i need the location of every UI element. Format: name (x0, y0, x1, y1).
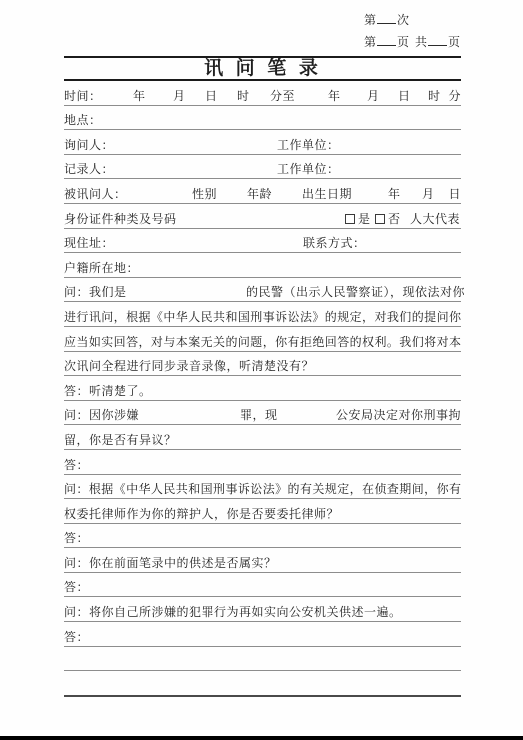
recorder-unit-label: 工作单位： (277, 163, 340, 175)
row-q2-line1: 问：因你涉嫌 罪，现 公安局决定对你刑事拘 (64, 401, 461, 426)
page-counter: 第次 第页共页 (364, 9, 460, 53)
deputy-yes-option: 是 (345, 213, 371, 225)
row-q1-line3: 应当如实回答，对与本案无关的问题，你有拒绝回答的权利。我们将对本 (64, 327, 461, 352)
year1-label: 年 (133, 90, 146, 102)
title-text: 讯 问 笔 录 (204, 57, 321, 79)
household-label: 户籍所在地： (64, 262, 139, 274)
document-title: 讯 问 笔 录 (64, 56, 461, 81)
seq-blank-line (377, 20, 396, 24)
time-label: 时间： (64, 90, 102, 102)
page-suffix: 页 (448, 35, 460, 49)
q1-continuation: 的民警（出示人民警察证），现依法对你 (246, 286, 465, 298)
seq-prefix: 第 (364, 13, 376, 27)
q3-line2-text: 权委托律师作为你的辩护人，你是否要委托律师？ (64, 508, 339, 520)
row-blank-2-closing (64, 671, 461, 697)
a2-text: 答： (64, 459, 89, 471)
deputy-no-option: 否 (375, 213, 401, 225)
yes-label: 是 (358, 212, 371, 226)
q1-line3-text: 应当如实回答，对与本案无关的问题，你有拒绝回答的权利。我们将对本 (64, 336, 461, 348)
interrogator-label: 询问人： (64, 139, 114, 151)
q3-line1-text: 问：根据《中华人民共和国刑事诉讼法》的有关规定，在侦查期间，你有 (64, 483, 461, 495)
minute2-label: 分 (448, 90, 461, 102)
row-blank-1 (64, 647, 461, 672)
row-a4: 答： (64, 573, 461, 598)
dob-day-label: 日 (448, 188, 461, 200)
a5-text: 答： (64, 631, 89, 643)
day1-label: 日 (205, 90, 218, 102)
row-q1-line1: 问：我们是 的民警（出示人民警察证），现依法对你 (64, 278, 461, 303)
row-q1-line4: 次讯问全程进行同步录音录像，听清楚没有？ (64, 352, 461, 377)
year2-label: 年 (328, 90, 341, 102)
q2-crime-suffix: 罪，现 (240, 409, 278, 421)
dob-year-label: 年 (388, 188, 401, 200)
page-conj: 共 (415, 35, 427, 49)
page-count-line: 第页共页 (364, 31, 460, 53)
deputy-label: 人大代表 (410, 213, 460, 225)
a4-text: 答： (64, 581, 89, 593)
dob-label: 出生日期 (302, 188, 352, 200)
total-blank-line (428, 42, 447, 46)
hour2-label: 时 (428, 90, 441, 102)
a1-text: 答：听清楚了。 (64, 385, 152, 397)
seq-suffix: 次 (397, 13, 409, 27)
yes-checkbox[interactable] (345, 214, 355, 224)
screenshot-bottom-edge (0, 736, 523, 740)
q2-prefix: 问：因你涉嫌 (64, 409, 139, 421)
row-recorder: 记录人： 工作单位： (64, 155, 461, 180)
row-a2: 答： (64, 450, 461, 475)
place-label: 地点： (64, 114, 102, 126)
row-household: 户籍所在地： (64, 253, 461, 278)
idcard-label: 身份证件种类及号码 (64, 213, 177, 225)
suspect-label: 被讯问人： (64, 188, 127, 200)
q1-line4-text: 次讯问全程进行同步录音录像，听清楚没有？ (64, 360, 314, 372)
row-a5: 答： (64, 622, 461, 647)
recorder-label: 记录人： (64, 163, 114, 175)
q1-prefix: 问：我们是 (64, 286, 127, 298)
page-blank-line (377, 42, 396, 46)
q5-text: 问：将你自己所涉嫌的犯罪行为再如实向公安机关供述一遍。 (64, 606, 402, 618)
no-checkbox[interactable] (375, 214, 385, 224)
gender-label: 性别 (192, 188, 217, 200)
row-residence: 现住址： 联系方式： (64, 229, 461, 254)
a3-text: 答： (64, 532, 89, 544)
row-q5: 问：将你自己所涉嫌的犯罪行为再如实向公安机关供述一遍。 (64, 597, 461, 622)
month2-label: 月 (367, 90, 380, 102)
q2-line2-text: 留，你是否有异议？ (64, 434, 177, 446)
q1-line2-text: 进行讯问，根据《中华人民共和国刑事诉讼法》的规定，对我们的提问你 (64, 311, 461, 323)
dob-month-label: 月 (422, 188, 435, 200)
interrogator-unit-label: 工作单位： (277, 139, 340, 151)
month1-label: 月 (173, 90, 186, 102)
row-time: 时间： 年 月 日 时 分至 年 月 日 时 分 (64, 81, 461, 106)
age-label: 年龄 (247, 188, 272, 200)
minute-to-label: 分至 (270, 90, 295, 102)
page-mid: 页 (397, 35, 409, 49)
form-body: 讯 问 笔 录 时间： 年 月 日 时 分至 年 月 日 时 分 地点： 询问人… (64, 56, 461, 697)
q2-bureau-suffix: 公安局决定对你刑事拘 (336, 409, 461, 421)
row-q2-line2: 留，你是否有异议？ (64, 425, 461, 450)
row-q3-line1: 问：根据《中华人民共和国刑事诉讼法》的有关规定，在侦查期间，你有 (64, 475, 461, 500)
row-q1-line2: 进行讯问，根据《中华人民共和国刑事诉讼法》的规定，对我们的提问你 (64, 302, 461, 327)
row-q4: 问：你在前面笔录中的供述是否属实？ (64, 548, 461, 573)
row-a1: 答：听清楚了。 (64, 376, 461, 401)
row-q3-line2: 权委托律师作为你的辩护人，你是否要委托律师？ (64, 499, 461, 524)
residence-label: 现住址： (64, 237, 114, 249)
row-place: 地点： (64, 106, 461, 131)
hour1-label: 时 (237, 90, 250, 102)
row-interrogator: 询问人： 工作单位： (64, 130, 461, 155)
contact-label: 联系方式： (303, 237, 366, 249)
interrogation-record-page: 第次 第页共页 讯 问 笔 录 时间： 年 月 日 时 分至 年 月 日 时 分… (0, 0, 523, 740)
page-prefix: 第 (364, 35, 376, 49)
row-a3: 答： (64, 524, 461, 549)
day2-label: 日 (398, 90, 411, 102)
q4-text: 问：你在前面笔录中的供述是否属实？ (64, 557, 277, 569)
row-idcard: 身份证件种类及号码 是 否 人大代表 (64, 204, 461, 229)
no-label: 否 (388, 212, 401, 226)
row-suspect: 被讯问人： 性别 年龄 出生日期 年 月 日 (64, 179, 461, 204)
session-count-line: 第次 (364, 9, 460, 31)
